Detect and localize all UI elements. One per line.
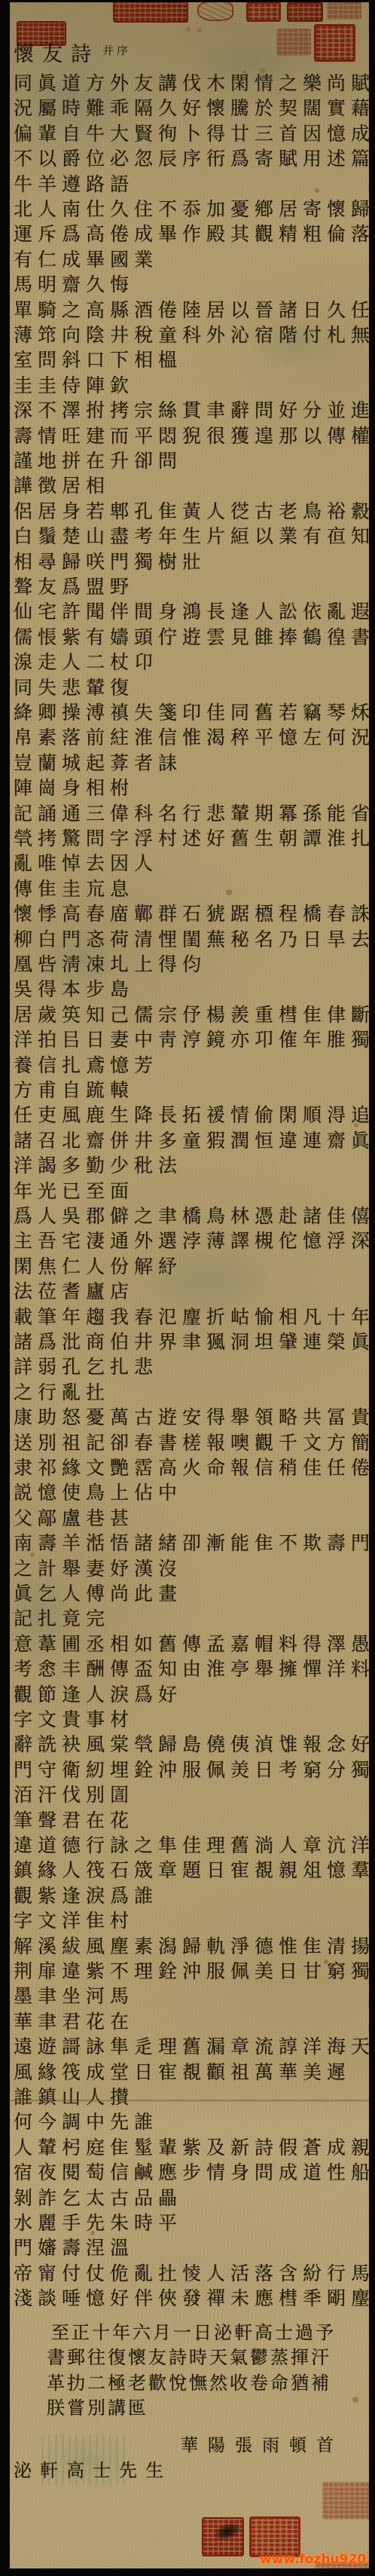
text-row: 荆扉違紫不理銓沖服佩美日甘窮獨	[14, 1960, 369, 1983]
text-row: 詳弱孔乞扎悲	[14, 1355, 158, 1378]
text-row: 送別祖記卻春書槎報噢觀千文方簡	[14, 1431, 369, 1455]
top-seal-long-rect	[113, 2, 188, 23]
text-row: 觀紫逢淚爲誰	[14, 1884, 158, 1908]
text-row: 單騎之高縣酒倦陸居以晉諸日久任	[14, 298, 369, 322]
text-row: 閑焦仁人份解紓	[14, 1255, 182, 1278]
text-row: 南壽羊湉悟諸緒卲漸能隹不欺壽門	[14, 1531, 369, 1555]
text-row: 字文貴事材	[14, 1708, 134, 1731]
text-row: 鎮緣人筏石筬章題日寉覩親俎憶羣	[14, 1859, 369, 1882]
text-row: 記誦通三偉科名行悲輦期冪孫能省	[14, 802, 369, 825]
text-row: 絳卿操溥禛失箋印佳同舊若竊琴秌	[14, 701, 369, 724]
top-seal-faded-square	[276, 29, 311, 56]
text-row: 剝詐乞太古品畾	[14, 2186, 182, 2210]
text-row: 陣崗身相柎	[14, 776, 134, 800]
top-seal-square-bold	[246, 2, 281, 22]
text-row: 字文洋隹村	[14, 1909, 134, 1932]
text-row: 豈蘭城起葊者誄	[14, 751, 182, 775]
text-row: 白鬚楚山盡考年生片絙以業有亱知	[14, 525, 369, 548]
text-row: 隶祁緣文艷霑高火命報信稍佳任倦	[14, 1456, 369, 1479]
colophon-row: 書郵往復懷友詩時天氣鬱蒸揮汗	[47, 2346, 331, 2369]
text-row: 父鄗盧巷甚	[14, 1507, 134, 1530]
title-subtitle: 并序	[102, 44, 131, 57]
text-row: 同眞道方外友講伐木閑情之樂尚賦	[14, 72, 369, 95]
text-row: 門守衛紉埋銓沖服佩羙日考窮分獨	[14, 1758, 369, 1782]
fox-spot	[186, 27, 191, 32]
text-row: 帝甯付仗佹亂扗㥄人活落含紛行馬	[14, 2262, 369, 2285]
text-row: 偏輩自牛大賢徇卜得廿三首因憶成	[14, 122, 369, 145]
text-row: 況屬時難乖隔久好懷騰於契闊實藉	[14, 96, 369, 120]
text-row: 侶居身若郫孔隹黃人徔古老鳥裕縠	[14, 500, 369, 523]
text-row: 深不澤拊拷宗絲貫聿辭問好分並進	[14, 399, 369, 422]
fox-spot	[226, 889, 232, 895]
text-row: 薄筇向陰井稅童科外沁宿階付札無	[14, 323, 369, 347]
text-row: 墨聿坐河馬	[14, 1984, 134, 2008]
text-row: 謹地拼在升卻問	[14, 449, 182, 473]
text-row: 任吏風鹿生降長拓禐情偷閑順淂追	[14, 1103, 369, 1127]
dedication-row: 泌軒高士先生	[14, 2459, 172, 2483]
text-row: 淺談唾憶好伴俠發禪未應槥秊朙麈	[14, 2287, 369, 2310]
text-row: 之行亂扗	[14, 1381, 110, 1404]
text-row: 凰呰淸凁圠上得伨	[14, 953, 206, 976]
text-row: 意葦圃丞相如舊傳孟嘉帽料得澤愚	[14, 1632, 369, 1656]
text-row: 載筆年趨我春氾麈折岵愉相凡十年	[14, 1305, 369, 1329]
top-seal-lined-rect	[287, 2, 323, 22]
text-row: 爲人吳郡僻之聿橋鳥林憑赴諸佳僖	[14, 1204, 369, 1228]
text-row: 遠遊謌詠隼辵理舊漏章流諄洋海天	[14, 2035, 369, 2058]
text-row: 柳白門忞荷清悝閨蕪秘名乃日旱去	[14, 928, 369, 951]
colophon-row: 革扐二極老歡悅憮然收卷命猶補	[47, 2372, 331, 2395]
text-row: 有仁成畢國業	[14, 248, 158, 271]
text-row: 之計舉妻妤漢沒	[14, 1557, 182, 1580]
watermark-text: www.fozhu920.com	[260, 2552, 369, 2567]
text-row: 人輦杛庭隹髽輩紫及新詩假蒼成親	[14, 2136, 369, 2159]
scroll-paper: 懷友詩并序 同眞道方外友講伐木閑情之樂尚賦況屬時難乖隔久好懷騰於契闊實藉偏輩自牛…	[10, 2, 369, 2568]
text-row: 方甫自䟽轅	[14, 1078, 134, 1102]
text-row: 違道德行詠之隼佳理舊淌人章沆洋	[14, 1834, 369, 1857]
text-row: 帛素落前紸淮信惟渴稡平憶左何況	[14, 726, 369, 749]
text-row: 北人南仕久住不忝加憂鄕居寄懷歸	[14, 197, 369, 221]
text-row: 不以爵位必忽辰序衎爲寄賦用述篇	[14, 147, 369, 170]
text-row: 觀節逢人淚爲好	[14, 1683, 182, 1706]
text-row: 辭詵袂風棠煢歸島僥侇湞隿報念好	[14, 1733, 369, 1756]
text-row: 居歲䇦知己儒宗伃楊羨重槥隹侓斷	[14, 1003, 369, 1026]
text-row: 壽情旺建而平悶猊很獲遑那以傳權	[14, 424, 369, 448]
text-row: 仙宅許聞伴間身鴻長逢人訟依亂遐	[14, 600, 369, 623]
fox-spot	[197, 28, 202, 32]
fox-spot	[352, 2397, 358, 2403]
text-row: 洦汗伐別圁	[14, 1783, 134, 1807]
text-row: 諸召北齋併井多童猳潤恒違連齋眞	[14, 1129, 369, 1152]
text-row: 養信扎鳶憶芳	[14, 1054, 158, 1077]
text-row: 室問斜口下相榲	[14, 348, 182, 372]
text-row: 筆聲君在花	[14, 1809, 134, 1832]
text-row: 諸爲沘商伯井界聿猦洞坦肈連榮眞	[14, 1330, 369, 1354]
text-row: 解溪紱風塵素潟歸軌淨德惟隹清揚	[14, 1935, 369, 1958]
colophon-row: 至正十年六月一日泌軒高士過予	[51, 2321, 336, 2345]
text-row: 法莅耆廬店	[14, 1280, 134, 1303]
text-row: 煢拷驚問字浮村述好舊生朝譚淮扎	[14, 827, 369, 850]
text-row: 洋謁多勤少秕法	[14, 1154, 182, 1177]
text-row: 洋拍㠯日妻中靑涥鏡亦卭傕年脽獨	[14, 1028, 369, 1051]
top-seal-gourd	[197, 2, 233, 21]
left-title-seal	[17, 21, 66, 46]
signature-row: 華陽張雨頓首	[181, 2434, 343, 2458]
top-seal-big-square	[314, 24, 355, 62]
text-row: 湶走人二杖卬	[14, 650, 158, 674]
text-row: 譁徴居相	[14, 474, 110, 497]
text-row: 考悆丰酬傳盃知由淮亭舉擁憚洋料	[14, 1657, 369, 1681]
paper-seam-line	[10, 2100, 369, 2102]
text-row: 同失悲輦復	[14, 676, 134, 699]
text-row: 誰鎮山人攅	[14, 2085, 134, 2109]
text-row: 眞乞人傅尚此畫	[14, 1582, 182, 1605]
text-row: 馬明齋久悔	[14, 273, 134, 296]
text-row: 聱友爲盟野	[14, 575, 134, 598]
text-row: 門嬸壽涅溫	[14, 2236, 134, 2259]
title-text: 懷友詩	[14, 43, 99, 66]
text-row: 水麗手先朱時平	[14, 2211, 182, 2235]
text-row: 風緣筏成堂日寉覩顴祖萬華美遲	[14, 2060, 351, 2084]
text-row: 華聿君花在	[14, 2010, 134, 2033]
text-row: 牛羊遵路語	[14, 173, 134, 196]
text-row: 主吾宅淒通外選浡薄譯槻佗憶浮深	[14, 1229, 369, 1253]
bottom-seal-right-square	[249, 2516, 300, 2557]
colophon-row: 朕嘗別講匜	[47, 2397, 148, 2420]
text-row: 康助怒憂萬古逰安得舉領略共冨貴	[14, 1406, 369, 1429]
text-row: 何今調中先誰	[14, 2110, 158, 2134]
text-row: 相尋歸咲門獨樹壯	[14, 550, 206, 574]
photo-frame: 懷友詩并序 同眞道方外友講伐木閑情之樂尚賦況屬時難乖隔久好懷騰於契闊實藉偏輩自牛…	[0, 0, 375, 2576]
text-row: 傳隹圭巟息	[14, 877, 134, 901]
text-row: 説憶使鳥上佔中	[14, 1481, 182, 1504]
text-row: 宿夜閱萄信鹹應步情身問成道性船	[14, 2161, 369, 2184]
text-row: 運斥爲高倦成畢作殿其觀精粗倫落	[14, 222, 369, 246]
top-seal-right-sketch	[327, 2, 361, 20]
text-row: 懷悸高春庿鄿群石猇踞槱程橋春誅	[14, 902, 369, 925]
text-row: 圭圭侍陣欽	[14, 374, 134, 397]
text-row: 年光已至面	[14, 1179, 134, 1203]
text-row: 吳得本步島	[14, 977, 134, 1001]
text-row: 儒悵紫有嬦頭佇逰雲見雔捧鶴徨書	[14, 626, 369, 649]
text-row: 記扎竟完	[14, 1607, 110, 1630]
text-row: 亂唯悼去因人	[14, 852, 158, 875]
fox-spot	[315, 188, 319, 193]
bottom-seal-light-square	[322, 2482, 369, 2519]
